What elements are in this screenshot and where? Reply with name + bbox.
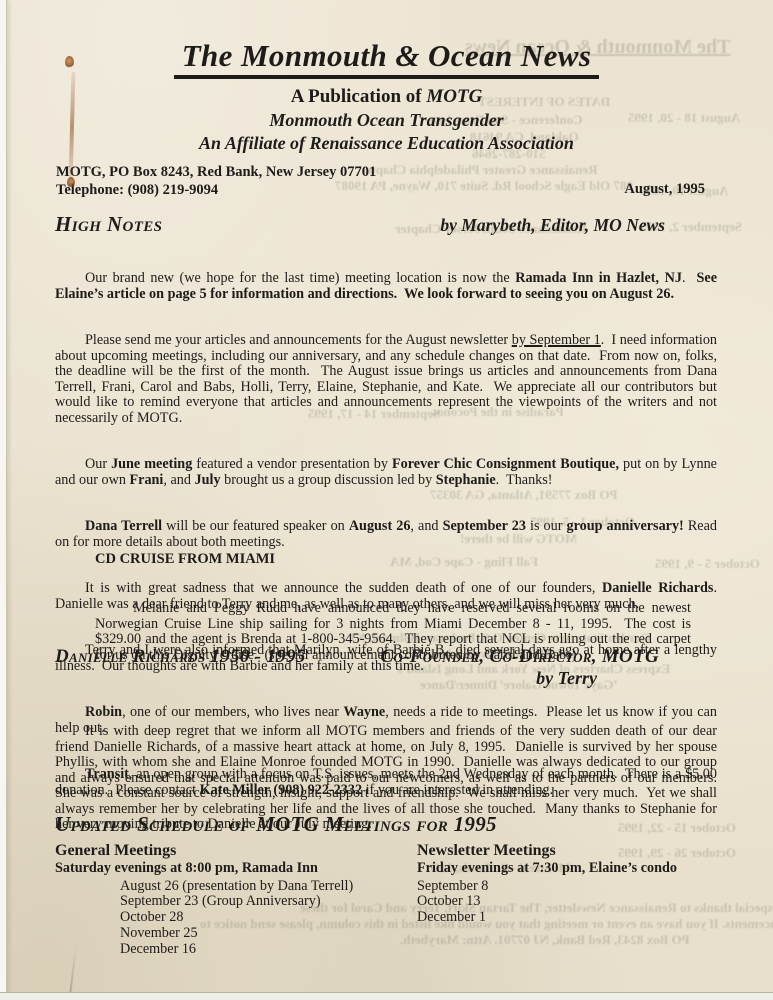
publication-org: MOTG: [426, 86, 482, 107]
text-segment: Our: [85, 456, 111, 472]
list-item: September 23 (Group Anniversary): [55, 894, 417, 910]
text-segment: Ramada Inn in Hazlet, NJ: [515, 270, 682, 286]
general-meetings-list: August 26 (presentation by Dana Terrell)…: [55, 879, 417, 959]
text-segment: Frani: [129, 472, 163, 488]
general-meetings-column: General Meetings Saturday evenings at 8:…: [55, 842, 417, 958]
newsletter-meetings-title: Newsletter Meetings: [417, 842, 717, 860]
masthead-subtitle-publication: A Publication of MOTG: [0, 86, 773, 108]
staple-rust-stain-top: [65, 56, 74, 68]
high-notes-byline: by Marybeth, Editor, MO News: [440, 215, 665, 236]
list-item: August 26 (presentation by Dana Terrell): [55, 879, 417, 895]
masthead-subtitle-affiliate: An Affiliate of Renaissance Education As…: [0, 133, 773, 154]
text-segment: .: [682, 270, 697, 286]
high-notes-heading: High Notes: [55, 212, 162, 237]
schedule-heading: Updated Schedule of MOTG Meetings for 19…: [55, 812, 717, 837]
text-segment: Forever Chic Consignment Boutique,: [392, 456, 619, 472]
list-item: October 28: [55, 910, 417, 926]
text-segment: , and: [163, 472, 194, 488]
danielle-header: Danielle Richards 1950 - 1995 Co-Founder…: [55, 646, 717, 668]
text-segment: by September 1: [512, 332, 601, 348]
paragraph: Our brand new (we hope for the last time…: [55, 271, 717, 302]
address-line: MOTG, PO Box 8243, Red Bank, New Jersey …: [56, 163, 376, 181]
publication-prefix: A Publication of: [291, 86, 427, 107]
paragraph: Dana Terrell will be our featured speake…: [55, 519, 717, 550]
masthead: The Monmouth & Ocean News A Publication …: [0, 38, 773, 154]
newsletter-meetings-column: Newsletter Meetings Friday evenings at 7…: [417, 842, 717, 958]
text-segment: June meeting: [111, 456, 192, 472]
newsletter-meetings-subtitle: Friday evenings at 7:30 pm, Elaine’s con…: [417, 860, 717, 878]
cd-cruise-heading: CD CRUISE FROM MIAMI: [95, 551, 691, 568]
text-segment: Dana Terrell: [85, 518, 162, 534]
text-segment: featured a vendor presentation by: [192, 456, 392, 472]
text-segment: August 26: [349, 518, 411, 534]
newsletter-title-text: The Monmouth & Ocean News: [174, 38, 600, 79]
text-segment: group anniversary!: [566, 518, 683, 534]
text-segment: September 23: [443, 518, 526, 534]
issue-date: August, 1995: [624, 181, 705, 198]
section-schedule: Updated Schedule of MOTG Meetings for 19…: [55, 812, 717, 958]
list-item: November 25: [55, 926, 417, 942]
general-meetings-title: General Meetings: [55, 842, 417, 860]
address-block: MOTG, PO Box 8243, Red Bank, New Jersey …: [56, 163, 376, 199]
schedule-columns: General Meetings Saturday evenings at 8:…: [55, 842, 717, 958]
general-meetings-subtitle: Saturday evenings at 8:00 pm, Ramada Inn: [55, 860, 417, 878]
high-notes-header: High Notes by Marybeth, Editor, MO News: [55, 212, 717, 237]
newsletter-title: The Monmouth & Ocean News: [0, 38, 773, 79]
list-item: September 8: [417, 879, 717, 895]
paragraph: Please send me your articles and announc…: [55, 333, 717, 426]
staple-rust-stain-bottom: [67, 177, 75, 188]
scan-edge-bottom: [0, 992, 773, 1000]
text-segment: Stephanie: [436, 472, 496, 488]
masthead-subtitle-org: Monmouth Ocean Transgender: [0, 110, 773, 131]
text-segment: Our brand new (we hope for the last time…: [85, 270, 515, 286]
paragraph: Our June meeting featured a vendor prese…: [55, 457, 717, 488]
scan-edge-left: [0, 0, 7, 1000]
bleedthrough-text: Renaissance Greater Philadelphia Chapter: [360, 162, 598, 178]
text-segment: brought us a group discussion led by: [221, 472, 436, 488]
list-item: December 1: [417, 910, 717, 926]
danielle-heading-left: Danielle Richards 1950 - 1995: [55, 646, 306, 668]
phone-line: Telephone: (908) 219-9094: [56, 181, 376, 199]
list-item: October 13: [417, 894, 717, 910]
text-segment: will be our featured speaker on: [162, 518, 349, 534]
danielle-byline: by Terry: [55, 668, 597, 688]
danielle-heading-right: Co-Founder, Co-Director, MOTG: [380, 646, 659, 668]
text-segment: . Thanks!: [496, 472, 553, 488]
text-segment: Please send me your articles and announc…: [85, 332, 512, 348]
scanned-newsletter-page: { "masthead": { "title": "The Monmouth &…: [0, 0, 773, 1000]
text-segment: is our: [526, 518, 567, 534]
text-segment: , and: [410, 518, 442, 534]
bleedthrough-text: 987 Old Eagle School Rd. Suite 710, Wayn…: [335, 178, 633, 194]
list-item: December 16: [55, 942, 417, 958]
text-segment: July: [195, 472, 221, 488]
newsletter-meetings-list: September 8 October 13 December 1: [417, 879, 717, 927]
